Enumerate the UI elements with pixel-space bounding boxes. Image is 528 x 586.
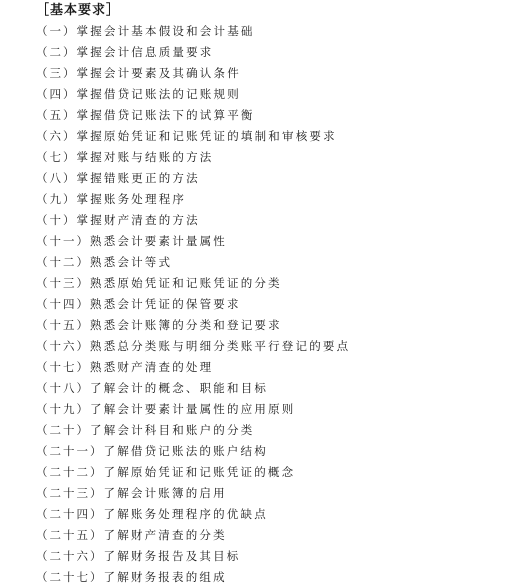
item-number: （六） — [36, 129, 77, 143]
item-text: 了解财产清查的分类 — [104, 528, 227, 542]
item-text: 掌握原始凭证和记账凭证的填制和审核要求 — [77, 129, 337, 143]
item-number: （十八） — [36, 381, 90, 395]
list-item: （七）掌握对账与结账的方法 — [36, 147, 350, 168]
item-text: 掌握会计信息质量要求 — [77, 45, 214, 59]
item-text: 掌握对账与结账的方法 — [77, 150, 214, 164]
item-text: 掌握账务处理程序 — [77, 192, 187, 206]
item-text: 掌握财产清查的方法 — [77, 213, 200, 227]
item-number: （十五） — [36, 318, 90, 332]
list-item: （十四）熟悉会计凭证的保管要求 — [36, 294, 350, 315]
item-text: 了解财务报表的组成 — [104, 570, 227, 584]
item-number: （十六） — [36, 339, 90, 353]
list-item: （十三）熟悉原始凭证和记账凭证的分类 — [36, 273, 350, 294]
item-number: （五） — [36, 108, 77, 122]
item-text: 掌握会计要素及其确认条件 — [77, 66, 241, 80]
list-item: （二十六）了解财务报告及其目标 — [36, 546, 350, 567]
list-item: （二十五）了解财产清查的分类 — [36, 525, 350, 546]
list-item: （十八）了解会计的概念、职能和目标 — [36, 378, 350, 399]
list-item: （十二）熟悉会计等式 — [36, 252, 350, 273]
item-text: 了解会计科目和账户的分类 — [90, 423, 254, 437]
item-text: 熟悉原始凭证和记账凭证的分类 — [90, 276, 282, 290]
item-number: （十七） — [36, 360, 90, 374]
item-number: （二） — [36, 45, 77, 59]
item-text: 了解原始凭证和记账凭证的概念 — [104, 465, 296, 479]
list-item: （二十一）了解借贷记账法的账户结构 — [36, 441, 350, 462]
item-text: 掌握错账更正的方法 — [77, 171, 200, 185]
list-item: （二十四）了解账务处理程序的优缺点 — [36, 504, 350, 525]
item-text: 熟悉总分类账与明细分类账平行登记的要点 — [90, 339, 350, 353]
item-number: （十四） — [36, 297, 90, 311]
list-item: （二）掌握会计信息质量要求 — [36, 42, 350, 63]
list-item: （二十）了解会计科目和账户的分类 — [36, 420, 350, 441]
list-item: （二十二）了解原始凭证和记账凭证的概念 — [36, 462, 350, 483]
list-item: （十七）熟悉财产清查的处理 — [36, 357, 350, 378]
item-text: 了解会计账簿的启用 — [104, 486, 227, 500]
list-item: （十六）熟悉总分类账与明细分类账平行登记的要点 — [36, 336, 350, 357]
item-number: （二十七） — [36, 570, 104, 584]
item-text: 了解会计的概念、职能和目标 — [90, 381, 268, 395]
list-item: （三）掌握会计要素及其确认条件 — [36, 63, 350, 84]
item-text: 了解财务报告及其目标 — [104, 549, 241, 563]
list-item: （十五）熟悉会计账簿的分类和登记要求 — [36, 315, 350, 336]
item-number: （七） — [36, 150, 77, 164]
item-text: 了解账务处理程序的优缺点 — [104, 507, 268, 521]
item-text: 掌握会计基本假设和会计基础 — [77, 24, 255, 38]
document-body: ［基本要求］ （一）掌握会计基本假设和会计基础（二）掌握会计信息质量要求（三）掌… — [36, 0, 350, 586]
list-item: （二十七）了解财务报表的组成 — [36, 567, 350, 586]
item-number: （十一） — [36, 234, 90, 248]
item-text: 了解会计要素计量属性的应用原则 — [90, 402, 296, 416]
list-item: （四）掌握借贷记账法的记账规则 — [36, 84, 350, 105]
item-text: 了解借贷记账法的账户结构 — [104, 444, 268, 458]
item-number: （二十六） — [36, 549, 104, 563]
list-item: （九）掌握账务处理程序 — [36, 189, 350, 210]
item-number: （四） — [36, 87, 77, 101]
item-text: 熟悉会计凭证的保管要求 — [90, 297, 241, 311]
item-text: 熟悉会计等式 — [90, 255, 172, 269]
list-item: （六）掌握原始凭证和记账凭证的填制和审核要求 — [36, 126, 350, 147]
list-item: （十九）了解会计要素计量属性的应用原则 — [36, 399, 350, 420]
item-number: （十三） — [36, 276, 90, 290]
list-item: （二十三）了解会计账簿的启用 — [36, 483, 350, 504]
item-text: 掌握借贷记账法下的试算平衡 — [77, 108, 255, 122]
item-number: （十九） — [36, 402, 90, 416]
item-number: （二十四） — [36, 507, 104, 521]
requirements-list: （一）掌握会计基本假设和会计基础（二）掌握会计信息质量要求（三）掌握会计要素及其… — [36, 21, 350, 586]
list-item: （五）掌握借贷记账法下的试算平衡 — [36, 105, 350, 126]
item-number: （九） — [36, 192, 77, 206]
item-number: （二十） — [36, 423, 90, 437]
item-number: （二十二） — [36, 465, 104, 479]
item-number: （八） — [36, 171, 77, 185]
item-number: （二十五） — [36, 528, 104, 542]
item-text: 掌握借贷记账法的记账规则 — [77, 87, 241, 101]
item-number: （十二） — [36, 255, 90, 269]
item-number: （二十一） — [36, 444, 104, 458]
list-item: （八）掌握错账更正的方法 — [36, 168, 350, 189]
list-item: （一）掌握会计基本假设和会计基础 — [36, 21, 350, 42]
item-number: （一） — [36, 24, 77, 38]
item-number: （十） — [36, 213, 77, 227]
item-text: 熟悉会计账簿的分类和登记要求 — [90, 318, 282, 332]
list-item: （十一）熟悉会计要素计量属性 — [36, 231, 350, 252]
section-title: ［基本要求］ — [36, 0, 350, 21]
list-item: （十）掌握财产清查的方法 — [36, 210, 350, 231]
item-text: 熟悉会计要素计量属性 — [90, 234, 227, 248]
item-text: 熟悉财产清查的处理 — [90, 360, 213, 374]
item-number: （二十三） — [36, 486, 104, 500]
item-number: （三） — [36, 66, 77, 80]
